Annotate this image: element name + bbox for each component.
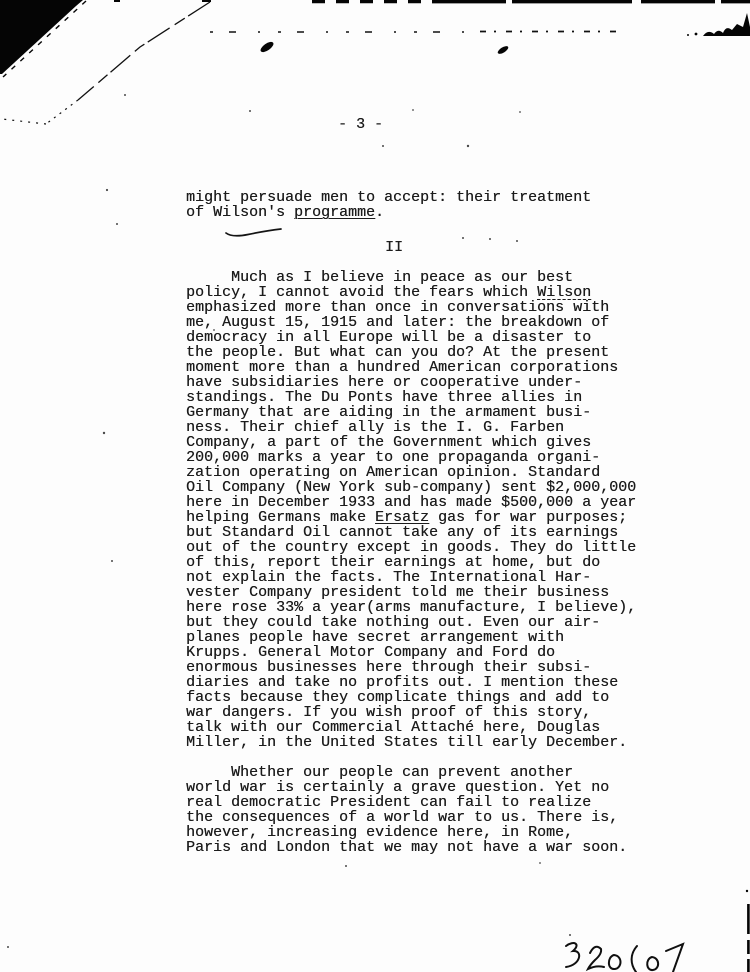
text-line: might persuade men to accept: their trea… [186,190,591,205]
ink-blob-artifact [703,13,750,36]
text-line: Krupps. General Motor Company and Ford d… [186,645,636,660]
text-line: enormous businesses here through their s… [186,660,636,675]
paragraph-closing: Whether our people can prevent anotherwo… [186,765,627,855]
paragraph-intro: might persuade men to accept: their trea… [186,190,591,220]
text-line: helping Germans make Ersatz gas for war … [186,510,636,525]
text-line: vester Company president told me their b… [186,585,636,600]
page-number: - 3 - [338,117,383,132]
paragraph-main: Much as I believe in peace as our bestpo… [186,270,636,750]
text-line: war dangers. If you wish proof of this s… [186,705,636,720]
text-line: here in December 1933 and has made $500,… [186,495,636,510]
scratch-line-artifact [78,2,210,100]
text-line: real democratic President can fail to re… [186,795,627,810]
text-line: diaries and take no profits out. I menti… [186,675,636,690]
text-line: Oil Company (New York sub-company) sent … [186,480,636,495]
text-line: of this, report their earnings at home, … [186,555,636,570]
text-line: Paris and London that we may not have a … [186,840,627,855]
text-line: Miller, in the United States till early … [186,735,636,750]
text-line: 200,000 marks a year to one propaganda o… [186,450,636,465]
text-line: Whether our people can prevent another [186,765,627,780]
text-line: out of the country except in goods. They… [186,540,636,555]
scanned-document-page: - 3 - might persuade men to accept: thei… [0,0,750,972]
text-line: Much as I believe in peace as our best [186,270,636,285]
fold-corner-artifact [0,0,83,74]
text-line: Company, a part of the Government which … [186,435,636,450]
text-line: of Wilson's programme. [186,205,591,220]
text-line: moment more than a hundred American corp… [186,360,636,375]
text-line: democracy in all Europe will be a disast… [186,330,636,345]
text-line: the consequences of a world war to us. T… [186,810,627,825]
text-line: not explain the facts. The International… [186,570,636,585]
ink-blob-artifact [497,45,510,56]
text-line: have subsidiaries here or cooperative un… [186,375,636,390]
text-line: however, increasing evidence here, in Ro… [186,825,627,840]
text-line: facts because they complicate things and… [186,690,636,705]
ink-blob-artifact [259,40,275,54]
text-line: me, August 15, 1915 and later: the break… [186,315,636,330]
text-line: planes people have secret arrangement wi… [186,630,636,645]
text-line: but Standard Oil cannot take any of its … [186,525,636,540]
handwritten-note [552,936,702,972]
text-line: policy, I cannot avoid the fears which W… [186,285,636,300]
text-line: but they could take nothing out. Even ou… [186,615,636,630]
text-line: zation operating on American opinion. St… [186,465,636,480]
text-line: Germany that are aiding in the armament … [186,405,636,420]
section-heading: II [385,240,403,255]
text-line: emphasized more than once in conversatio… [186,300,636,315]
text-line: the people. But what can you do? At the … [186,345,636,360]
text-line: here rose 33% a year(arms manufacture, I… [186,600,636,615]
text-line: talk with our Commercial Attaché here, D… [186,720,636,735]
text-line: standings. The Du Ponts have three allie… [186,390,636,405]
pen-underline-mark [226,229,281,236]
text-line: world war is certainly a grave question.… [186,780,627,795]
text-line: ness. Their chief ally is the I. G. Farb… [186,420,636,435]
